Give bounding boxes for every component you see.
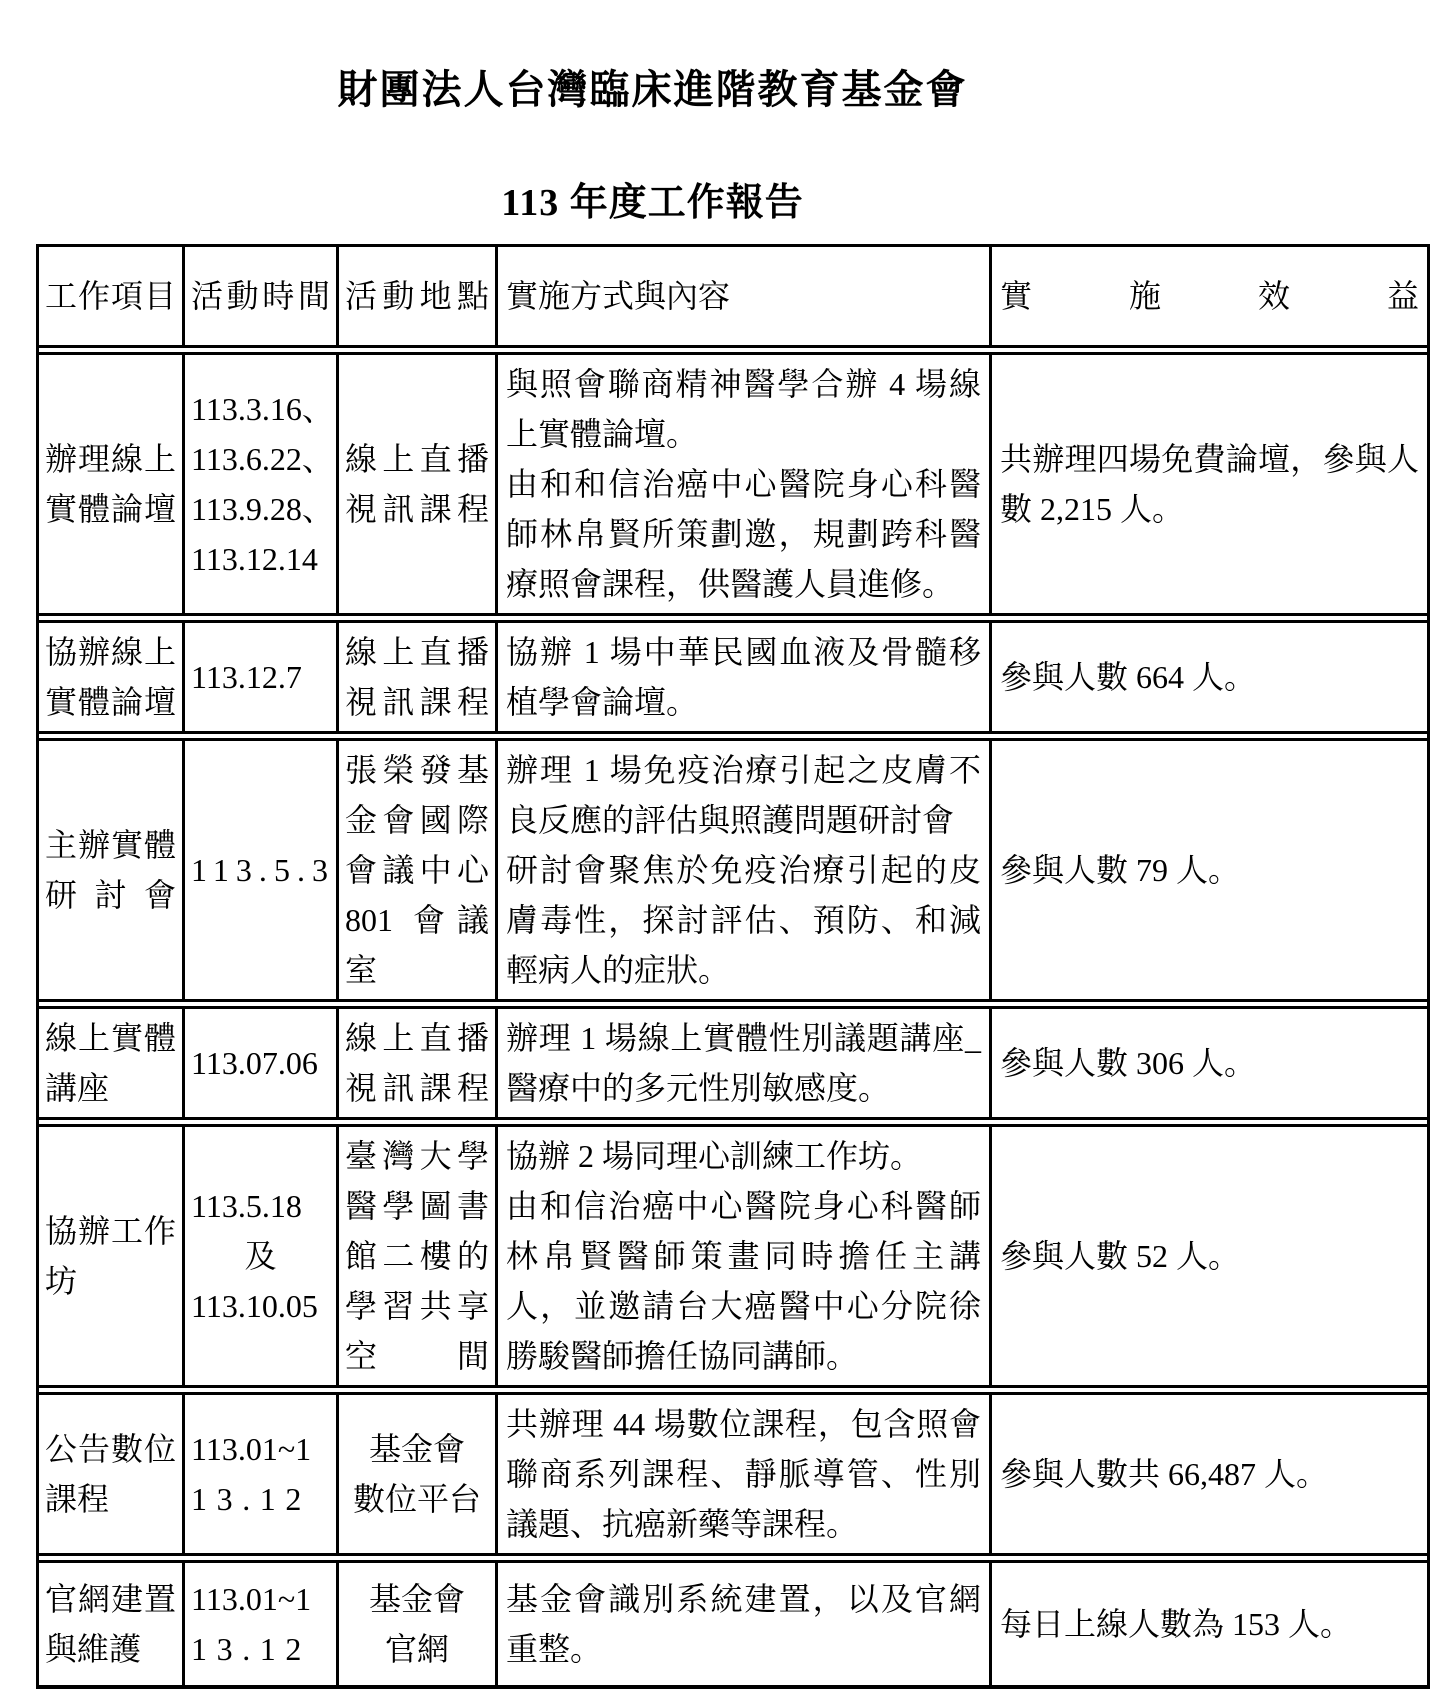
activity-location-line: 空間 xyxy=(345,1331,489,1381)
table-row: 協辦線上 實體論壇 113.12.7 線上直播 視訊課程 協辦 1 場中華民國血… xyxy=(39,623,1427,741)
activity-location-cell: 基金會 數位平台 xyxy=(339,1395,498,1553)
activity-location-line: 線上直播 xyxy=(345,627,489,677)
activity-location-line: 臺灣大學 xyxy=(345,1131,489,1181)
activity-time-cell: 113.5.18 及 113.10.05 xyxy=(185,1127,339,1385)
activity-time-line: 113.12.7 xyxy=(191,652,330,702)
work-item-line: 官網建置 xyxy=(45,1574,176,1624)
work-item-line: 協辦線上 xyxy=(45,627,176,677)
work-item-line: 實體論壇 xyxy=(45,677,176,727)
implementation-benefit-cell: 參與人數共 66,487 人。 xyxy=(992,1395,1427,1553)
activity-time-line: 113.01~1 xyxy=(191,1574,330,1624)
work-item-line: 與維護 xyxy=(45,1624,176,1674)
activity-time-line: 113.9.28、 xyxy=(191,484,330,534)
content-paragraph: 共辦理 44 場數位課程，包含照會聯商系列課程、靜脈導管、性別議題、抗癌新藥等課… xyxy=(506,1399,981,1549)
content-paragraph: 與照會聯商精神醫學合辦 4 場線上實體論壇。 xyxy=(506,359,981,459)
activity-location-line: 視訊課程 xyxy=(345,677,489,727)
header-label: 實施效益 xyxy=(1000,271,1419,321)
table-row: 主辦實體 研討會 113.5.3 張榮發基 金會國際 會議中心 801 會議 室… xyxy=(39,741,1427,1009)
table-row: 線上實體 講座 113.07.06 線上直播 視訊課程 辦理 1 場線上實體性別… xyxy=(39,1009,1427,1127)
activity-location-line: 數位平台 xyxy=(345,1474,489,1524)
activity-location-cell: 張榮發基 金會國際 會議中心 801 會議 室 xyxy=(339,741,498,999)
activity-location-line: 金會國際 xyxy=(345,795,489,845)
work-item-line: 研討會 xyxy=(45,870,176,920)
benefit-text: 參與人數 664 人。 xyxy=(1000,652,1419,702)
content-paragraph: 由和和信治癌中心醫院身心科醫師林帛賢所策劃邀，規劃跨科醫療照會課程，供醫護人員進… xyxy=(506,459,981,609)
activity-location-cell: 線上直播 視訊課程 xyxy=(339,355,498,613)
implementation-benefit-cell: 共辦理四場免費論壇，參與人數 2,215 人。 xyxy=(992,355,1427,613)
activity-time-line: 113.5.18 xyxy=(191,1181,330,1231)
activity-time-line: 113.10.05 xyxy=(191,1281,330,1331)
activity-location-cell: 基金會 官網 xyxy=(339,1563,498,1685)
report-document: 財團法人台灣臨床進階教育基金會 113 年度工作報告 工作項目 活動時間 活動地… xyxy=(0,0,1455,1700)
content-paragraph: 研討會聚焦於免疫治療引起的皮膚毒性，探討評估、預防、和減輕病人的症狀。 xyxy=(506,845,981,995)
header-cell-activity-location: 活動地點 xyxy=(339,247,498,345)
benefit-text: 參與人數 79 人。 xyxy=(1000,845,1419,895)
activity-location-line: 館二樓的 xyxy=(345,1231,489,1281)
activity-location-line: 線上直播 xyxy=(345,434,489,484)
work-item-cell: 辦理線上 實體論壇 xyxy=(39,355,185,613)
activity-time-cell: 113.01~1 13.12 xyxy=(185,1395,339,1553)
work-item-line: 坊 xyxy=(45,1256,176,1306)
table-row: 協辦工作 坊 113.5.18 及 113.10.05 臺灣大學 醫學圖書 館二… xyxy=(39,1127,1427,1395)
activity-time-cell: 113.3.16、 113.6.22、 113.9.28、 113.12.14 xyxy=(185,355,339,613)
content-paragraph: 協辦 1 場中華民國血液及骨髓移植學會論壇。 xyxy=(506,627,981,727)
work-item-line: 協辦工作 xyxy=(45,1206,176,1256)
content-paragraph: 辦理 1 場免疫治療引起之皮膚不良反應的評估與照護問題研討會 xyxy=(506,745,981,845)
activity-location-line: 視訊課程 xyxy=(345,1063,489,1113)
implementation-content-cell: 協辦 2 場同理心訓練工作坊。 由和信治癌中心醫院身心科醫師林帛賢醫師策畫同時擔… xyxy=(498,1127,992,1385)
benefit-text: 參與人數共 66,487 人。 xyxy=(1000,1449,1419,1499)
activity-location-line: 基金會 xyxy=(345,1424,489,1474)
implementation-content-cell: 共辦理 44 場數位課程，包含照會聯商系列課程、靜脈導管、性別議題、抗癌新藥等課… xyxy=(498,1395,992,1553)
content-paragraph: 辦理 1 場線上實體性別議題講座_醫療中的多元性別敏感度。 xyxy=(506,1013,981,1113)
header-label: 活動地點 xyxy=(345,271,489,321)
work-item-line: 線上實體 xyxy=(45,1013,176,1063)
activity-time-line: 113.01~1 xyxy=(191,1424,330,1474)
header-label: 活動時間 xyxy=(191,271,330,321)
document-header: 財團法人台灣臨床進階教育基金會 113 年度工作報告 xyxy=(0,0,1305,226)
activity-location-cell: 線上直播 視訊課程 xyxy=(339,623,498,731)
benefit-text: 共辦理四場免費論壇，參與人數 2,215 人。 xyxy=(1000,434,1419,534)
table-header-row: 工作項目 活動時間 活動地點 實施方式與內容 實施效益 xyxy=(39,247,1427,355)
implementation-content-cell: 辦理 1 場免疫治療引起之皮膚不良反應的評估與照護問題研討會 研討會聚焦於免疫治… xyxy=(498,741,992,999)
activity-time-line: 113.12.14 xyxy=(191,534,330,584)
header-cell-work-item: 工作項目 xyxy=(39,247,185,345)
header-cell-implementation-content: 實施方式與內容 xyxy=(498,247,992,345)
activity-location-cell: 臺灣大學 醫學圖書 館二樓的 學習共享 空間 xyxy=(339,1127,498,1385)
implementation-content-cell: 辦理 1 場線上實體性別議題講座_醫療中的多元性別敏感度。 xyxy=(498,1009,992,1117)
work-item-cell: 公告數位 課程 xyxy=(39,1395,185,1553)
work-report-table: 工作項目 活動時間 活動地點 實施方式與內容 實施效益 辦理線上 實體論壇 11… xyxy=(36,244,1430,1689)
activity-time-line: 113.07.06 xyxy=(191,1038,330,1088)
content-paragraph: 基金會識別系統建置，以及官網重整。 xyxy=(506,1574,981,1674)
activity-location-line: 學習共享 xyxy=(345,1281,489,1331)
benefit-text: 參與人數 52 人。 xyxy=(1000,1231,1419,1281)
activity-location-line: 醫學圖書 xyxy=(345,1181,489,1231)
activity-location-line: 基金會 xyxy=(345,1574,489,1624)
implementation-content-cell: 基金會識別系統建置，以及官網重整。 xyxy=(498,1563,992,1685)
activity-location-line: 室 xyxy=(345,945,489,995)
activity-time-line: 13.12 xyxy=(191,1474,330,1524)
page-title: 財團法人台灣臨床進階教育基金會 xyxy=(0,0,1305,115)
implementation-content-cell: 協辦 1 場中華民國血液及骨髓移植學會論壇。 xyxy=(498,623,992,731)
work-item-line: 主辦實體 xyxy=(45,820,176,870)
work-item-cell: 協辦線上 實體論壇 xyxy=(39,623,185,731)
table-row: 公告數位 課程 113.01~1 13.12 基金會 數位平台 共辦理 44 場… xyxy=(39,1395,1427,1563)
activity-time-line: 13.12 xyxy=(191,1624,330,1674)
implementation-benefit-cell: 參與人數 664 人。 xyxy=(992,623,1427,731)
work-item-line: 辦理線上 xyxy=(45,434,176,484)
header-label: 工作項目 xyxy=(45,271,176,321)
work-item-line: 實體論壇 xyxy=(45,484,176,534)
benefit-text: 每日上線人數為 153 人。 xyxy=(1000,1599,1419,1649)
work-item-cell: 主辦實體 研討會 xyxy=(39,741,185,999)
activity-time-cell: 113.07.06 xyxy=(185,1009,339,1117)
implementation-benefit-cell: 參與人數 306 人。 xyxy=(992,1009,1427,1117)
header-cell-activity-time: 活動時間 xyxy=(185,247,339,345)
activity-time-cell: 113.12.7 xyxy=(185,623,339,731)
work-item-cell: 線上實體 講座 xyxy=(39,1009,185,1117)
activity-time-cell: 113.5.3 xyxy=(185,741,339,999)
content-paragraph: 協辦 2 場同理心訓練工作坊。 xyxy=(506,1131,981,1181)
table-row: 官網建置 與維護 113.01~1 13.12 基金會 官網 基金會識別系統建置… xyxy=(39,1563,1427,1685)
page-subtitle: 113 年度工作報告 xyxy=(0,115,1305,226)
implementation-benefit-cell: 參與人數 79 人。 xyxy=(992,741,1427,999)
activity-time-cell: 113.01~1 13.12 xyxy=(185,1563,339,1685)
activity-location-line: 線上直播 xyxy=(345,1013,489,1063)
content-paragraph: 由和信治癌中心醫院身心科醫師林帛賢醫師策畫同時擔任主講人，並邀請台大癌醫中心分院… xyxy=(506,1181,981,1381)
work-item-cell: 官網建置 與維護 xyxy=(39,1563,185,1685)
activity-location-line: 801 會議 xyxy=(345,895,489,945)
work-item-line: 公告數位 xyxy=(45,1424,176,1474)
activity-time-line: 113.6.22、 xyxy=(191,434,330,484)
activity-location-cell: 線上直播 視訊課程 xyxy=(339,1009,498,1117)
activity-time-line: 113.5.3 xyxy=(191,845,330,895)
benefit-text: 參與人數 306 人。 xyxy=(1000,1038,1419,1088)
activity-time-line: 113.3.16、 xyxy=(191,384,330,434)
work-item-line: 課程 xyxy=(45,1474,176,1524)
activity-location-line: 視訊課程 xyxy=(345,484,489,534)
header-label: 實施方式與內容 xyxy=(506,271,981,321)
implementation-benefit-cell: 每日上線人數為 153 人。 xyxy=(992,1563,1427,1685)
activity-location-line: 會議中心 xyxy=(345,845,489,895)
table-row: 辦理線上 實體論壇 113.3.16、 113.6.22、 113.9.28、 … xyxy=(39,355,1427,623)
header-cell-implementation-benefit: 實施效益 xyxy=(992,247,1427,345)
work-item-line: 講座 xyxy=(45,1063,176,1113)
implementation-content-cell: 與照會聯商精神醫學合辦 4 場線上實體論壇。 由和和信治癌中心醫院身心科醫師林帛… xyxy=(498,355,992,613)
activity-time-line: 及 xyxy=(191,1231,330,1281)
work-item-cell: 協辦工作 坊 xyxy=(39,1127,185,1385)
implementation-benefit-cell: 參與人數 52 人。 xyxy=(992,1127,1427,1385)
activity-location-line: 張榮發基 xyxy=(345,745,489,795)
activity-location-line: 官網 xyxy=(345,1624,489,1674)
